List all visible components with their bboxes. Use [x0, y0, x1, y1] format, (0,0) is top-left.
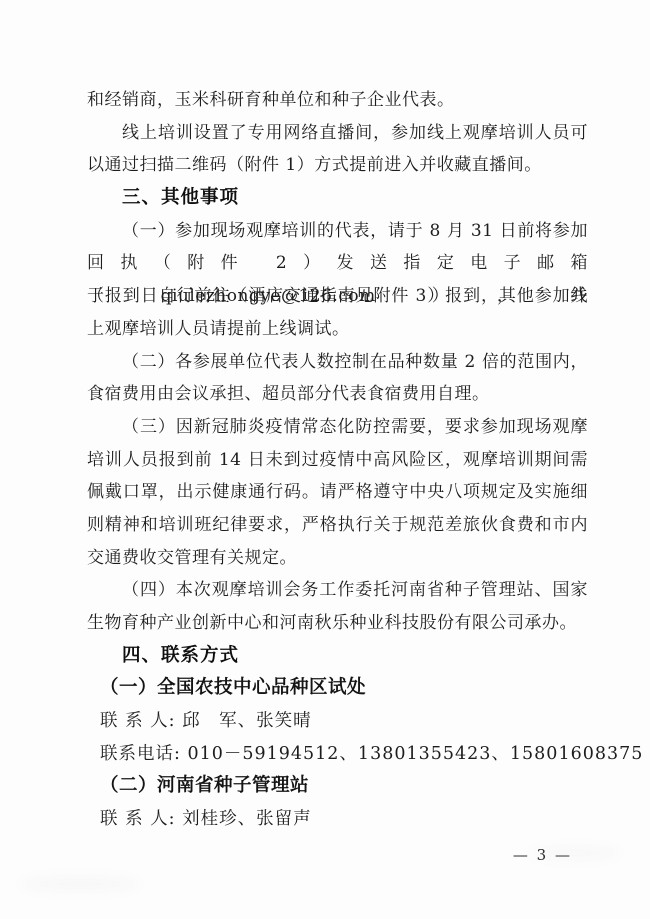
text-line: 于报到日自行前往（酒店交通指南见附件 3）报到，其他参加线 — [87, 280, 588, 313]
text-line: 回执（附件 2）发送指定电子邮箱（qiulezhongye@126.com），并 — [87, 247, 588, 280]
page-number: — 3 — — [513, 845, 572, 865]
text-line: （四）本次观摩培训会务工作委托河南省种子管理站、国家 — [87, 574, 588, 607]
text-line: 和经销商，玉米科研育种单位和种子企业代表。 — [87, 84, 588, 117]
section-heading: 四、联系方式 — [87, 640, 588, 673]
contact-line: 联 系 人: 刘桂珍、张留声 — [87, 803, 588, 836]
text-line: （二）各参展单位代表人数控制在品种数量 2 倍的范围内， — [87, 346, 588, 379]
text-line: 食宿费用由会议承担、超员部分代表食宿费用自理。 — [87, 378, 588, 411]
document-page: 和经销商，玉米科研育种单位和种子企业代表。线上培训设置了专用网络直播间，参加线上… — [0, 0, 650, 919]
text-line: 佩戴口罩，出示健康通行码。请严格遵守中央八项规定及实施细 — [87, 476, 588, 509]
text-line: （三）因新冠肺炎疫情常态化防控需要，要求参加现场观摩 — [87, 411, 588, 444]
sub-heading: （一）全国农技中心品种区试处 — [87, 672, 588, 705]
sub-heading: （二）河南省种子管理站 — [87, 770, 588, 803]
text-line: 生物育种产业创新中心和河南秋乐种业科技股份有限公司承办。 — [87, 607, 588, 640]
text-line: 培训人员报到前 14 日未到过疫情中高风险区，观摩培训期间需 — [87, 444, 588, 477]
contact-line: 联系电话: 010－59194512、13801355423、158016083… — [87, 738, 588, 771]
text-line: 线上培训设置了专用网络直播间，参加线上观摩培训人员可 — [87, 117, 588, 150]
document-body: 和经销商，玉米科研育种单位和种子企业代表。线上培训设置了专用网络直播间，参加线上… — [87, 84, 588, 836]
text-line: （一）参加现场观摩培训的代表，请于 8 月 31 日前将参加 — [87, 215, 588, 248]
text-line: 以通过扫描二维码（附件 1）方式提前进入并收藏直播间。 — [87, 149, 588, 182]
text-line: 上观摩培训人员请提前上线调试。 — [87, 313, 588, 346]
text-line: 则精神和培训班纪律要求，严格执行关于规范差旅伙食费和市内 — [87, 509, 588, 542]
text-line: 交通费收交管理有关规定。 — [87, 542, 588, 575]
contact-line: 联 系 人: 邱 军、张笑晴 — [87, 705, 588, 738]
section-heading: 三、其他事项 — [87, 182, 588, 215]
